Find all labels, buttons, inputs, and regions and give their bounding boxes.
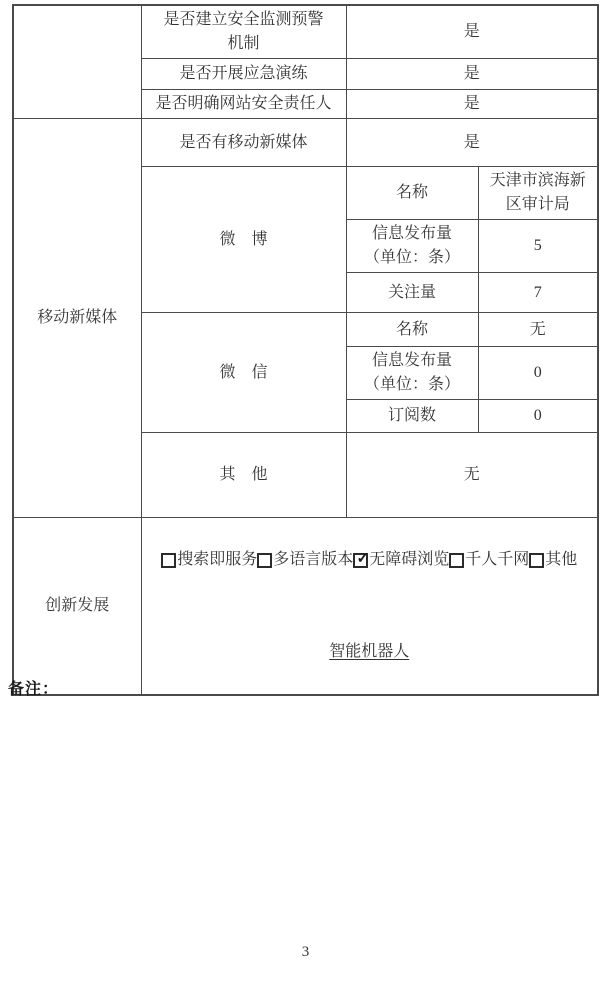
checkbox-accessibility-icon: ✓ <box>353 553 368 568</box>
option-label: 多语言版本 <box>273 544 353 576</box>
option-label: 搜索即服务 <box>177 544 257 576</box>
has-new-media-value: 是 <box>346 119 598 167</box>
document-page: 是否建立安全监测预警 机制 是 是否开展应急演练 是 是否明确网站安全责任人 是… <box>0 0 611 982</box>
checkbox-other-icon <box>529 553 544 568</box>
other-media-label: 其 他 <box>141 433 346 518</box>
option-qianren-qianwang: 千人千网 <box>449 544 529 576</box>
option-multilingual: 多语言版本 <box>257 544 353 576</box>
innovation-options-line: 搜索即服务多语言版本✓无障碍浏览千人千网其他 <box>146 544 594 580</box>
weibo-name-label: 名称 <box>346 167 478 220</box>
security-section-cell <box>13 5 141 119</box>
option-search-as-service: 搜索即服务 <box>161 544 257 576</box>
weibo-posts-value: 5 <box>478 220 598 273</box>
remark-label: 备注： <box>8 676 59 699</box>
other-fill-in-text: 智能机器人 <box>329 643 409 660</box>
page-number: 3 <box>0 944 611 961</box>
has-new-media-label: 是否有移动新媒体 <box>141 119 346 167</box>
checkbox-qianren-qianwang-icon <box>449 553 464 568</box>
option-accessibility: ✓无障碍浏览 <box>353 544 449 576</box>
checkbox-search-as-service-icon <box>161 553 176 568</box>
security-row-value: 是 <box>346 59 598 90</box>
weixin-posts-label: 信息发布量 （单位：条） <box>346 347 478 400</box>
weixin-subscribers-value: 0 <box>478 400 598 433</box>
weibo-name-value: 天津市滨海新 区审计局 <box>478 167 598 220</box>
security-row-label: 是否明确网站安全责任人 <box>141 90 346 119</box>
security-row-value: 是 <box>346 90 598 119</box>
weibo-label: 微 博 <box>141 167 346 313</box>
weixin-name-value: 无 <box>478 313 598 347</box>
option-other: 其他 <box>529 544 577 576</box>
weixin-name-label: 名称 <box>346 313 478 347</box>
innovation-options-cell: 搜索即服务多语言版本✓无障碍浏览千人千网其他 智能机器人 <box>141 518 598 695</box>
option-label: 其他 <box>545 544 577 576</box>
weixin-subscribers-label: 订阅数 <box>346 400 478 433</box>
security-row-label: 是否建立安全监测预警 机制 <box>141 5 346 59</box>
security-row-value: 是 <box>346 5 598 59</box>
security-row-label: 是否开展应急演练 <box>141 59 346 90</box>
weibo-posts-label: 信息发布量 （单位：条） <box>346 220 478 273</box>
mobile-media-section-label: 移动新媒体 <box>13 119 141 518</box>
checkbox-multilingual-icon <box>257 553 272 568</box>
innovation-other-fill-in-line: 智能机器人 <box>146 604 594 668</box>
option-label: 千人千网 <box>465 544 529 576</box>
weibo-followers-label: 关注量 <box>346 273 478 313</box>
innovation-section-label: 创新发展 <box>13 518 141 695</box>
weixin-label: 微 信 <box>141 313 346 433</box>
weibo-followers-value: 7 <box>478 273 598 313</box>
report-table: 是否建立安全监测预警 机制 是 是否开展应急演练 是 是否明确网站安全责任人 是… <box>12 4 599 696</box>
other-media-value: 无 <box>346 433 598 518</box>
option-label: 无障碍浏览 <box>369 544 449 576</box>
weixin-posts-value: 0 <box>478 347 598 400</box>
